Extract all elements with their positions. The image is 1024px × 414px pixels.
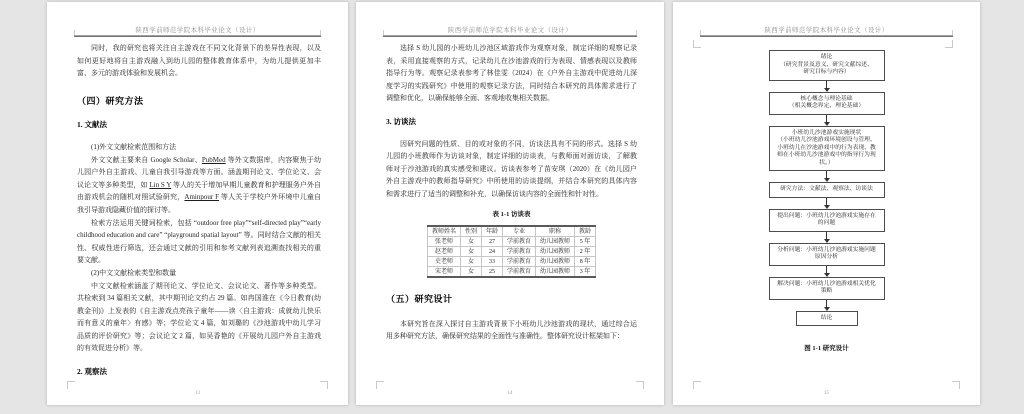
flow-box-introduction: 绪论 （研究背景及意义、研究文献综述、 研究目标与内容） xyxy=(769,50,885,81)
flow-box-line: 原因分析 xyxy=(774,254,880,262)
cell: 幼儿园教师 xyxy=(536,247,575,257)
table-caption: 表 1-1 访谈表 xyxy=(386,209,637,222)
flow-arrow-down xyxy=(823,198,830,209)
cell: 女 xyxy=(460,257,481,267)
flow-box-line: 核心概念与理论基础 xyxy=(774,96,880,104)
table-row: 宋老师 女 25 学前教育 幼儿园教师 3 年 xyxy=(427,267,595,278)
corner-mark xyxy=(693,381,701,389)
paragraph-intro: 同时，我的研究也将关注自主游戏在不同文化背景下的差异性表现，以及如何更好地将自主… xyxy=(77,42,321,80)
flow-box-line: 提出问题：小班幼儿沙池游戏实施存在 xyxy=(774,213,880,221)
cell: 3 年 xyxy=(575,267,596,278)
flow-arrow-down xyxy=(823,115,830,126)
paragraph-chinese-literature: 中文文献检索涵盖了期刊论文、学位论文、会议论文、著作等多种类型。共检索到 34 … xyxy=(77,280,321,356)
flow-box-analyze-problems: 分析问题：小班幼儿沙池游戏实施问题 原因分析 xyxy=(769,243,885,266)
running-header: 陕西学前师范学院本科毕业论文（设计） xyxy=(703,25,950,34)
research-design-flowchart: 绪论 （研究背景及意义、研究文献综述、 研究目标与内容） 核心概念与理论基础 （… xyxy=(673,50,980,352)
header-rule xyxy=(74,35,321,37)
col-header-experience: 教龄 xyxy=(575,226,596,237)
flow-box-concepts-theory: 核心概念与理论基础 （相关概念界定、理论基础） xyxy=(769,92,885,115)
cell: 幼儿园教师 xyxy=(536,267,575,278)
header-rule xyxy=(700,35,953,37)
subheading-interview-method: 3. 访谈法 xyxy=(386,116,637,129)
cell: 史老师 xyxy=(427,257,460,267)
document-page-14[interactable]: 陕西学前师范学院本科毕业论文（设计） 选择 S 幼儿园的小班幼儿沙池区域游戏作为… xyxy=(356,2,664,405)
corner-mark xyxy=(693,40,701,48)
flow-arrow-down xyxy=(823,266,830,277)
flow-box-conclusion: 结论 xyxy=(796,311,858,327)
text-segment-underlined: PubMed xyxy=(202,156,226,164)
cell: 27 xyxy=(481,237,502,247)
document-page-15[interactable]: 陕西学前师范学院本科毕业论文（设计） 绪论 （研究背景及意义、研究文献综述、 研… xyxy=(673,2,980,405)
flow-box-line: 策略 xyxy=(774,288,880,296)
cell: 学前教育 xyxy=(503,257,536,267)
paragraph-foreign-literature: 外文文献主要来自 Google Scholar、PubMed 等外文数据库，内容… xyxy=(77,154,321,217)
corner-mark xyxy=(376,381,384,389)
flow-box-line: 师在小班幼儿沙池游戏中的指导行为现 xyxy=(774,152,880,160)
corner-mark xyxy=(67,381,75,389)
page-body: 同时，我的研究也将关注自主游戏在不同文化背景下的差异性表现，以及如何更好地将自主… xyxy=(77,42,321,388)
flow-box-research-methods: 研究方法：文献法、观察法、访谈法 xyxy=(769,182,885,198)
cell: 女 xyxy=(460,267,481,278)
corner-mark xyxy=(320,381,328,389)
col-header-title: 职称 xyxy=(536,226,575,237)
flow-box-line: 研究目标与内容） xyxy=(774,69,880,77)
cell: 学前教育 xyxy=(503,247,536,257)
flow-arrow-down xyxy=(823,171,830,182)
paragraph-chinese-scope-title: (2)中文文献检索类型和数量 xyxy=(77,267,321,280)
flow-arrow-down xyxy=(823,232,830,243)
cell: 张老师 xyxy=(427,237,460,247)
corner-mark xyxy=(952,381,960,389)
cell: 学前教育 xyxy=(503,267,536,278)
figure-caption: 图 1-1 研究设计 xyxy=(804,343,848,352)
paragraph-observation: 选择 S 幼儿园的小班幼儿沙池区域游戏作为观察对象，制定详细的观察记录表，采用直… xyxy=(386,42,637,105)
running-header: 陕西学前师范学院本科毕业论文（设计） xyxy=(386,25,634,34)
col-header-gender: 性别 xyxy=(460,226,481,237)
subheading-literature-method: 1. 文献法 xyxy=(77,119,321,132)
cell: 幼儿园教师 xyxy=(536,257,575,267)
flow-box-line: 小班幼儿沙池游戏实施现状 xyxy=(774,130,880,138)
table-row: 史老师 女 33 学前教育 幼儿园教师 8 年 xyxy=(427,257,595,267)
page-body: 选择 S 幼儿园的小班幼儿沙池区域游戏作为观察对象，制定详细的观察记录表，采用直… xyxy=(386,42,637,343)
flow-box-line: 状。） xyxy=(774,160,880,168)
flow-arrow-down xyxy=(823,81,830,92)
flow-box-line: 分析问题：小班幼儿沙池游戏实施问题 xyxy=(774,247,880,255)
cell: 24 xyxy=(481,247,502,257)
document-page-13[interactable]: 陕西学前师范学院本科毕业论文（设计） 同时，我的研究也将关注自主游戏在不同文化背… xyxy=(47,2,348,405)
col-header-teacher-name: 教师姓名 xyxy=(427,226,460,237)
paragraph-foreign-scope-title: (1)外文文献检索范围和方法 xyxy=(77,141,321,154)
corner-mark xyxy=(945,40,953,48)
cell: 幼儿园教师 xyxy=(536,237,575,247)
paragraph-design: 本研究旨在深入探讨自主游戏背景下小班幼儿沙池游戏的现状，通过综合运用多种研究方法… xyxy=(386,318,637,343)
paragraph-keywords: 检索方法运用关键词检索，包括 “outdoor free play”“self-… xyxy=(77,217,321,267)
col-header-age: 年龄 xyxy=(481,226,502,237)
flow-box-line: 绪论 xyxy=(774,54,880,62)
text-segment-underlined: Aminpour F xyxy=(184,193,219,201)
text-segment: 外文文献主要来自 Google Scholar、 xyxy=(91,156,202,164)
page-number: 14 xyxy=(356,391,664,396)
cell: 赵老师 xyxy=(427,247,460,257)
flow-box-line: 结论 xyxy=(801,315,853,323)
subheading-observation-method: 2. 观察法 xyxy=(77,366,321,379)
flow-box-line: （相关概念界定、理论基础） xyxy=(774,103,880,111)
cell: 女 xyxy=(460,237,481,247)
document-viewer: 陕西学前师范学院本科毕业论文（设计） 同时，我的研究也将关注自主游戏在不同文化背… xyxy=(0,0,1024,414)
table-row: 张老师 女 27 学前教育 幼儿园教师 5 年 xyxy=(427,237,595,247)
text-segment-underlined: Lin S Y xyxy=(149,181,171,189)
cell: 33 xyxy=(481,257,502,267)
flow-box-line: （研究背景及意义、研究文献综述、 xyxy=(774,62,880,70)
flow-box-line: 小班幼儿在沙池游戏中的行为表现、教 xyxy=(774,145,880,153)
section-heading-research-methods: （四）研究方法 xyxy=(77,95,321,108)
flow-arrow-down xyxy=(823,300,830,311)
cell: 8 年 xyxy=(575,257,596,267)
cell: 宋老师 xyxy=(427,267,460,278)
page-number: 15 xyxy=(673,391,980,396)
table-row: 赵老师 女 24 学前教育 幼儿园教师 2 年 xyxy=(427,247,595,257)
flow-box-current-status: 小班幼儿沙池游戏实施现状 （小班幼儿沙池游戏环境创设与管理、 小班幼儿在沙池游戏… xyxy=(769,126,885,172)
table-header-row: 教师姓名 性别 年龄 专业 职称 教龄 xyxy=(427,226,595,237)
flow-box-line: 的问题 xyxy=(774,220,880,228)
flow-box-line: 研究方法：文献法、观察法、访谈法 xyxy=(774,186,880,194)
cell: 25 xyxy=(481,267,502,278)
running-header: 陕西学前师范学院本科毕业论文（设计） xyxy=(77,25,318,34)
flow-box-line: 解决问题：小班幼儿沙池游戏相关优化 xyxy=(774,281,880,289)
cell: 2 年 xyxy=(575,247,596,257)
section-heading-research-design: （五）研究设计 xyxy=(386,293,637,306)
page-number: 13 xyxy=(47,391,348,396)
cell: 学前教育 xyxy=(503,237,536,247)
cell: 女 xyxy=(460,247,481,257)
flow-box-raise-problems: 提出问题：小班幼儿沙池游戏实施存在 的问题 xyxy=(769,209,885,232)
header-rule xyxy=(383,35,637,37)
flow-box-line: （小班幼儿沙池游戏环境创设与管理、 xyxy=(774,137,880,145)
col-header-major: 专业 xyxy=(503,226,536,237)
cell: 5 年 xyxy=(575,237,596,247)
paragraph-interview: 因研究问题的性质、目的或对象的不同，访谈法具有不同的形式。选择 S 幼儿园的小班… xyxy=(386,138,637,201)
interview-table: 教师姓名 性别 年龄 专业 职称 教龄 张老师 女 27 学前教育 幼儿园教师 xyxy=(427,225,596,278)
flow-box-solve-problems: 解决问题：小班幼儿沙池游戏相关优化 策略 xyxy=(769,277,885,300)
corner-mark xyxy=(636,381,644,389)
